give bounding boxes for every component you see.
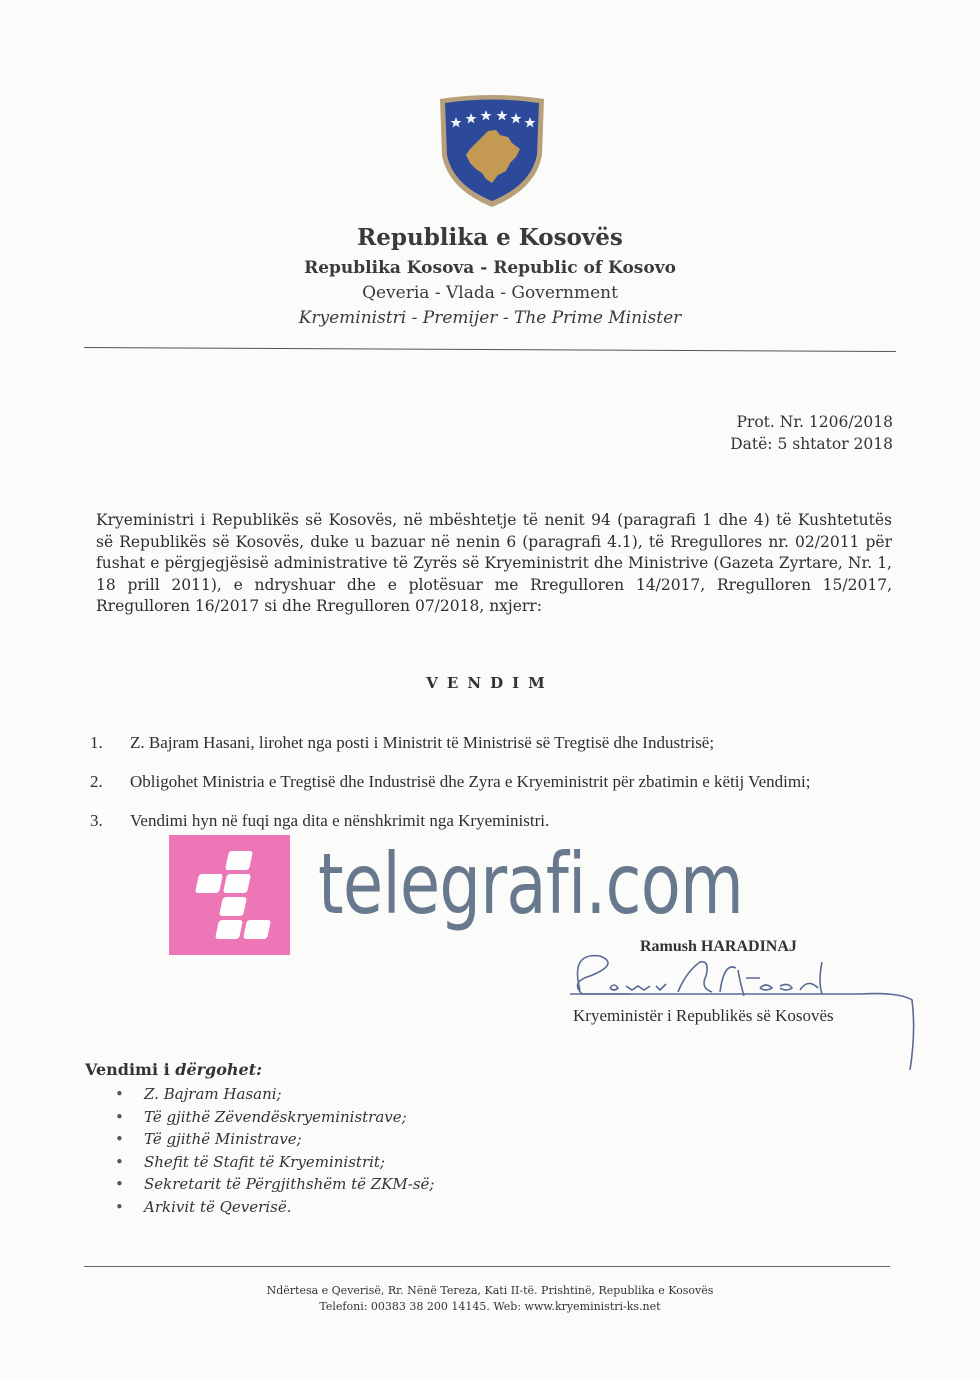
recipient-item: Arkivit të Qeverisë.	[112, 1196, 435, 1219]
item-number: 1.	[90, 732, 103, 753]
item-number: 2.	[90, 771, 103, 792]
country-subtitle: Republika Kosova - Republic of Kosovo	[0, 258, 980, 278]
country-title: Republika e Kosovës	[0, 224, 980, 251]
office-line: Kryeministri - Premijer - The Prime Mini…	[0, 308, 980, 328]
protocol-number: Prot. Nr. 1206/2018	[730, 411, 893, 433]
header-divider	[84, 347, 896, 352]
item-number: 3.	[90, 810, 103, 831]
recipient-item: Sekretarit të Përgjithshëm të ZKM-së;	[112, 1173, 435, 1196]
reference-block: Prot. Nr. 1206/2018 Datë: 5 shtator 2018	[730, 411, 893, 455]
distribution-heading: Vendimi i dërgohet:	[85, 1060, 262, 1079]
footer-divider	[84, 1266, 890, 1267]
decision-item: 2. Obligohet Ministria e Tregtisë dhe In…	[90, 771, 910, 792]
document-date: Datë: 5 shtator 2018	[730, 433, 893, 455]
recipient-item: Z. Bajram Hasani;	[112, 1083, 435, 1106]
item-text: Obligohet Ministria e Tregtisë dhe Indus…	[130, 772, 811, 791]
watermark-text: telegrafi.com	[318, 842, 743, 926]
footer: Ndërtesa e Qeverisë, Rr. Nënë Tereza, Ka…	[0, 1283, 980, 1315]
signer-title: Kryeministër i Republikës së Kosovës	[573, 1006, 834, 1026]
decision-item: 1. Z. Bajram Hasani, lirohet nga posti i…	[90, 732, 910, 753]
recipient-list: Z. Bajram Hasani; Të gjithë Zëvendëskrye…	[112, 1083, 435, 1218]
kosovo-emblem-icon	[436, 93, 548, 209]
telegrafi-logo-icon	[169, 835, 290, 955]
footer-address: Ndërtesa e Qeverisë, Rr. Nënë Tereza, Ka…	[0, 1283, 980, 1299]
item-text: Z. Bajram Hasani, lirohet nga posti i Mi…	[130, 733, 714, 752]
recipient-item: Të gjithë Ministrave;	[112, 1128, 435, 1151]
decision-item: 3. Vendimi hyn në fuqi nga dita e nënshk…	[90, 810, 910, 831]
distribution-heading-emphasis: dërgohet:	[175, 1060, 262, 1079]
recipient-item: Shefit të Stafit të Kryeministrit;	[112, 1151, 435, 1174]
item-text: Vendimi hyn në fuqi nga dita e nënshkrim…	[130, 811, 549, 830]
signer-name: Ramush HARADINAJ	[640, 938, 797, 956]
recipient-item: Të gjithë Zëvendëskryeministrave;	[112, 1106, 435, 1129]
government-line: Qeveria - Vlada - Government	[0, 283, 980, 303]
decision-list: 1. Z. Bajram Hasani, lirohet nga posti i…	[90, 732, 910, 849]
footer-contact: Telefoni: 00383 38 200 14145. Web: www.k…	[0, 1299, 980, 1315]
preamble-paragraph: Kryeministri i Republikës së Kosovës, në…	[96, 510, 892, 618]
decision-title: VENDIM	[0, 674, 980, 692]
